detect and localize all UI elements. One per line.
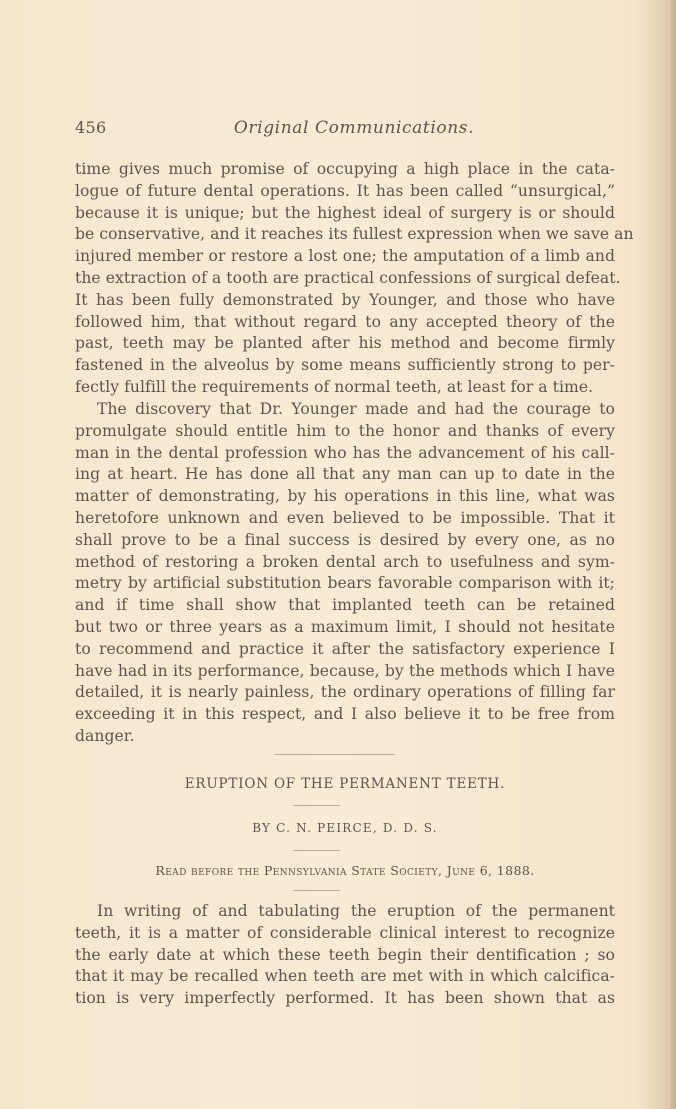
text-line: that it may be recalled when teeth are m…	[75, 966, 615, 988]
title-rule	[293, 805, 340, 806]
text-line: and if time shall show that implanted te…	[75, 595, 615, 617]
byline-rule	[293, 850, 340, 851]
text-line: because it is unique; but the highest id…	[75, 203, 615, 225]
text-line: to recommend and practice it after the s…	[75, 639, 615, 661]
text-line: danger.	[75, 726, 615, 748]
text-line: In writing of and tabulating the eruptio…	[75, 901, 615, 923]
article-byline: BY C. N. PEIRCE, D. D. S.	[75, 821, 615, 835]
text-line: method of restoring a broken dental arch…	[75, 552, 615, 574]
read-before-note: Read before the Pennsylvania State Socie…	[75, 863, 615, 878]
text-line: The discovery that Dr. Younger made and …	[75, 399, 615, 421]
section-divider	[275, 754, 395, 755]
text-line: have had in its performance, because, by…	[75, 661, 615, 683]
text-line: but two or three years as a maximum limi…	[75, 617, 615, 639]
note-rule	[293, 890, 340, 891]
continued-paragraph-1: time gives much promise of occupying a h…	[75, 159, 615, 399]
running-title: Original Communications.	[75, 118, 615, 138]
text-line: the extraction of a tooth are practical …	[75, 268, 615, 290]
text-line: past, teeth may be planted after his met…	[75, 333, 615, 355]
text-line: man in the dental profession who has the…	[75, 443, 615, 465]
text-line: metry by artificial substitution bears f…	[75, 573, 615, 595]
article-title: ERUPTION OF THE PERMANENT TEETH.	[75, 776, 615, 792]
page-edge	[670, 0, 676, 1109]
text-line: followed him, that without regard to any…	[75, 312, 615, 334]
text-line: the early date at which these teeth begi…	[75, 945, 615, 967]
text-line: teeth, it is a matter of considerable cl…	[75, 923, 615, 945]
text-line: injured member or restore a lost one; th…	[75, 246, 615, 268]
running-head: 456 Original Communications.	[75, 118, 615, 142]
text-line: tion is very imperfectly performed. It h…	[75, 988, 615, 1010]
text-line: promulgate should entitle him to the hon…	[75, 421, 615, 443]
text-line: shall prove to be a final success is des…	[75, 530, 615, 552]
text-line: It has been fully demonstrated by Younge…	[75, 290, 615, 312]
scanned-page: 456 Original Communications. time gives …	[0, 0, 676, 1109]
text-line: ing at heart. He has done all that any m…	[75, 464, 615, 486]
text-line: detailed, it is nearly painless, the ord…	[75, 682, 615, 704]
article-paragraph-1: In writing of and tabulating the eruptio…	[75, 901, 615, 1010]
text-line: fastened in the alveolus by some means s…	[75, 355, 615, 377]
text-line: exceeding it in this respect, and I also…	[75, 704, 615, 726]
continued-paragraph-2: The discovery that Dr. Younger made and …	[75, 399, 615, 748]
text-line: time gives much promise of occupying a h…	[75, 159, 615, 181]
text-line: logue of future dental operations. It ha…	[75, 181, 615, 203]
text-line: be conservative, and it reaches its full…	[75, 224, 615, 246]
text-line: matter of demonstrating, by his operatio…	[75, 486, 615, 508]
text-line: heretofore unknown and even believed to …	[75, 508, 615, 530]
text-line: fectly fulfill the requirements of norma…	[75, 377, 615, 399]
